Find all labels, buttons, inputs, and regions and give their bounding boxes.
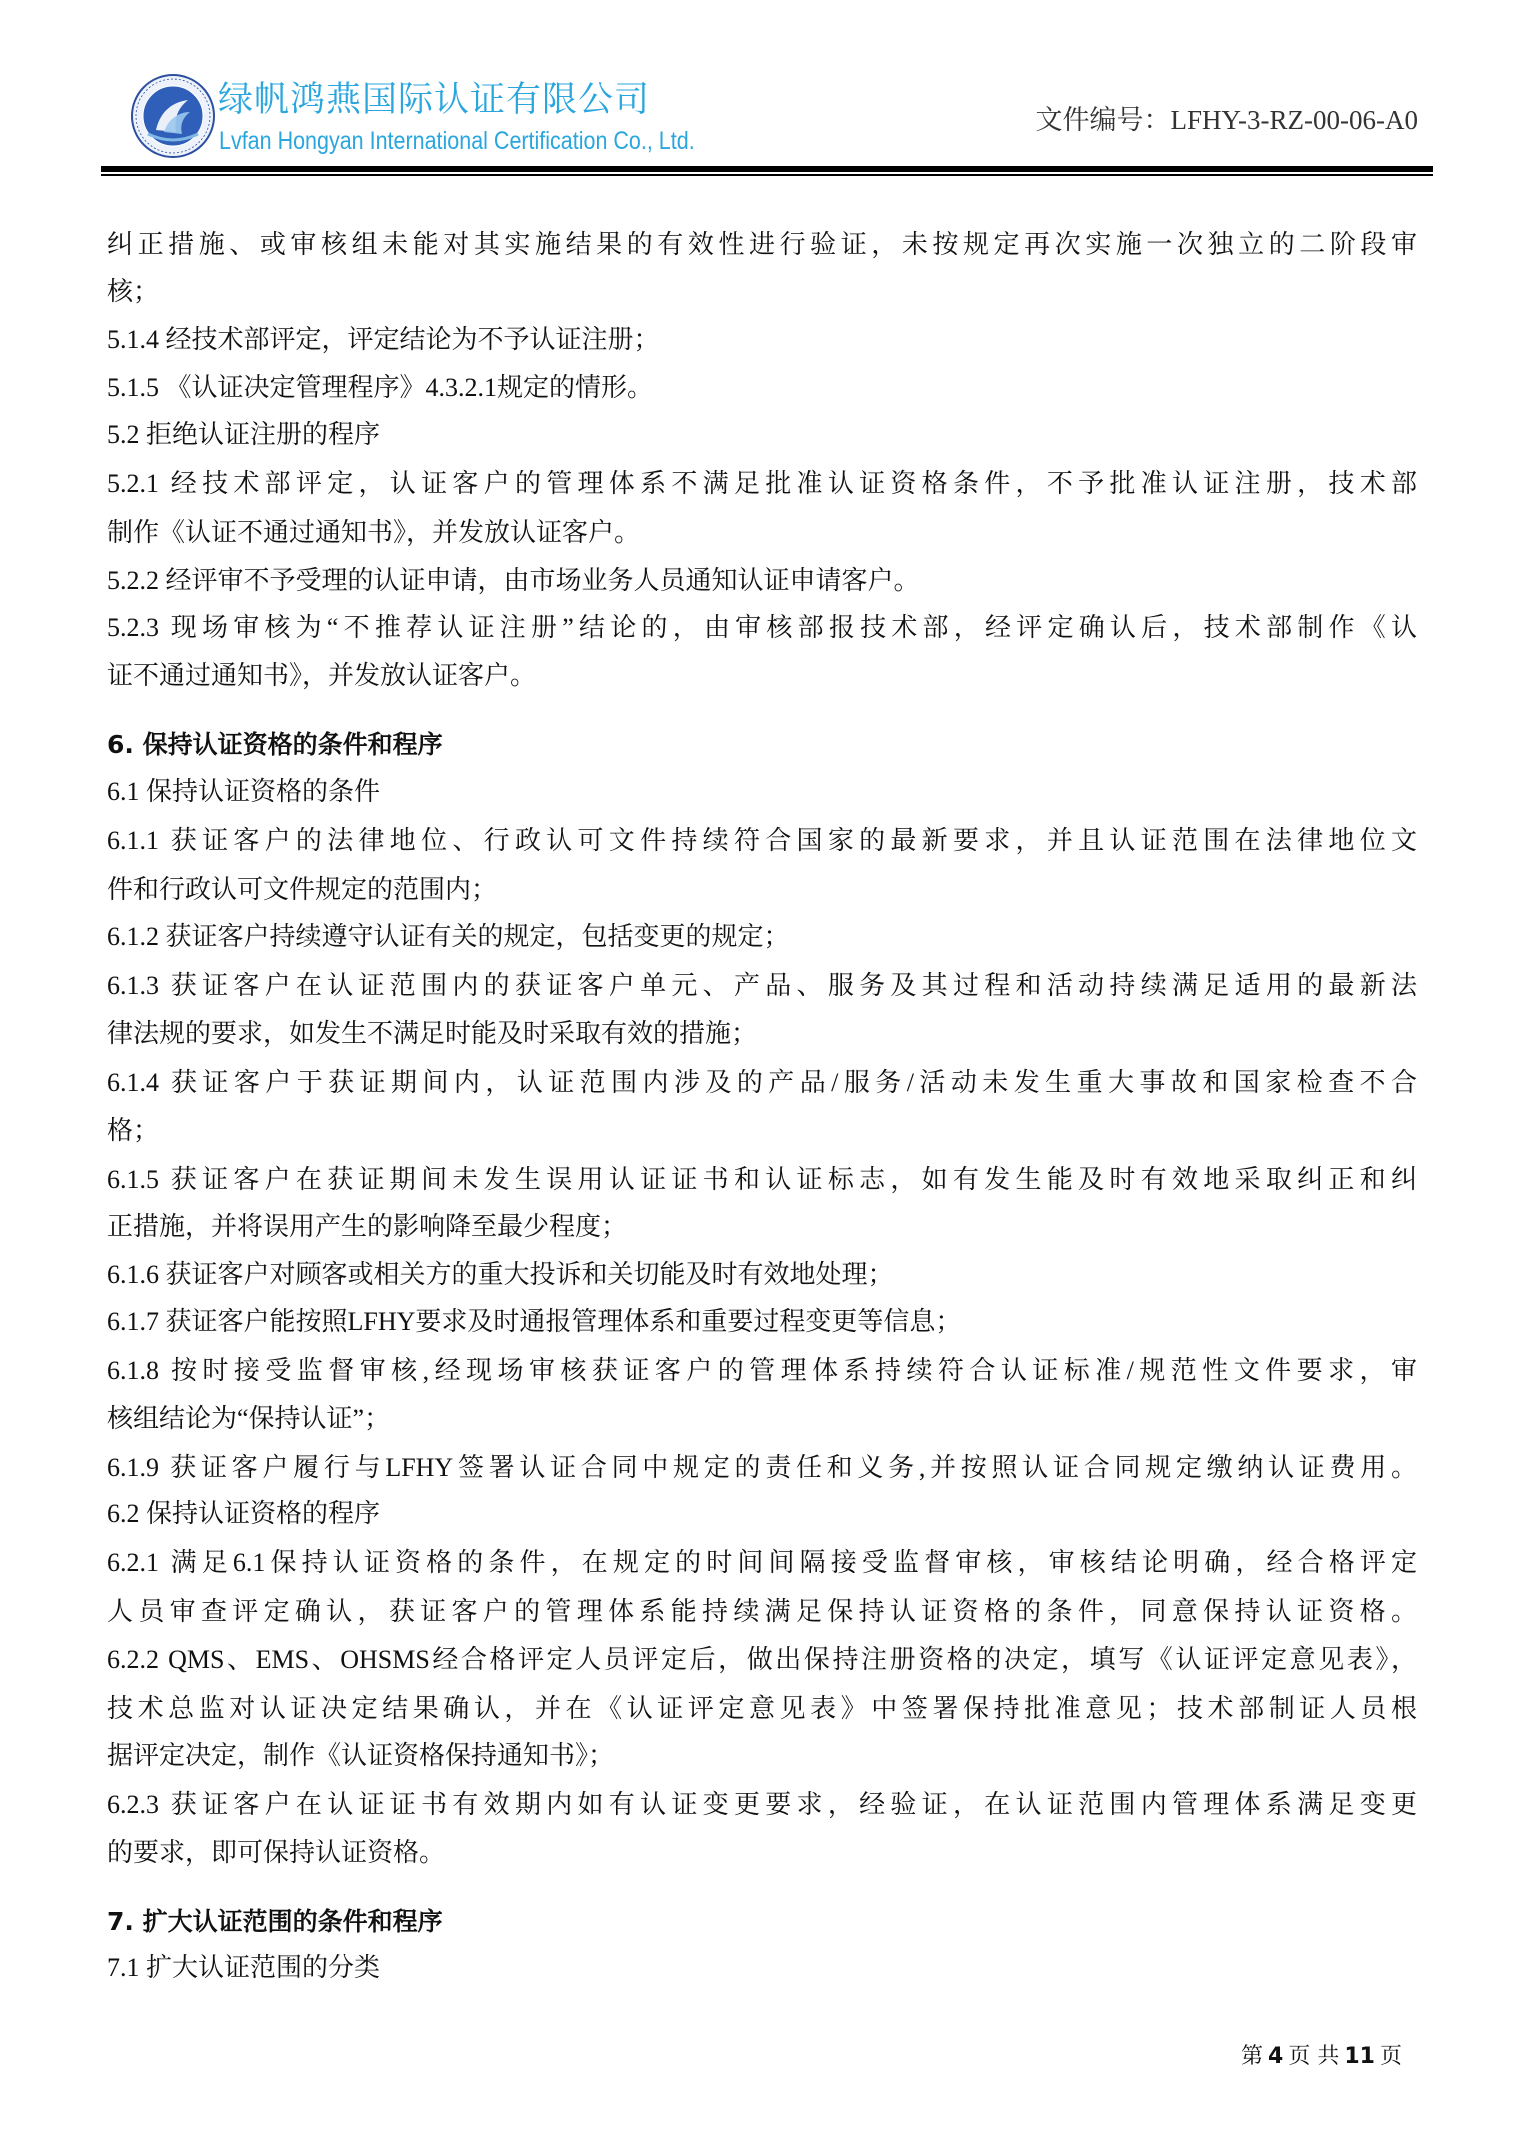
body-line: 格； [107, 1115, 1417, 1147]
section-heading-5-2: 5.2 拒绝认证注册的程序 [107, 419, 1417, 451]
section-heading-7-1: 7.1 扩大认证范围的分类 [107, 1952, 1417, 1984]
body-line: 5.1.4 经技术部评定，评定结论为不予认证注册； [107, 324, 1417, 356]
body-line: 5.2.3 现场审核为“不推荐认证注册”结论的，由审核部报技术部，经评定确认后，… [107, 612, 1417, 644]
body-line: 技术总监对认证决定结果确认，并在《认证评定意见表》中签署保持批准意见；技术部制证… [107, 1693, 1417, 1725]
body-line: 核组结论为“保持认证”； [107, 1403, 1417, 1435]
body-line: 5.2.2 经评审不予受理的认证申请，由市场业务人员通知认证申请客户。 [107, 565, 1417, 597]
body-line: 正措施，并将误用产生的影响降至最少程度； [107, 1211, 1417, 1243]
body-line: 5.2.1 经技术部评定，认证客户的管理体系不满足批准认证资格条件，不予批准认证… [107, 468, 1417, 500]
page-current: 4 [1268, 2044, 1283, 2069]
body-line: 6.1.6 获证客户对顾客或相关方的重大投诉和关切能及时有效地处理； [107, 1259, 1417, 1291]
body-line: 5.1.5 《认证决定管理程序》4.3.2.1规定的情形。 [107, 372, 1417, 404]
body-line: 6.1.7 获证客户能按照LFHY要求及时通报管理体系和重要过程变更等信息； [107, 1306, 1417, 1338]
body-line: 纠正措施、或审核组未能对其实施结果的有效性进行验证，未按规定再次实施一次独立的二… [107, 229, 1417, 261]
body-line: 6.2.1 满足6.1保持认证资格的条件，在规定的时间间隔接受监督审核，审核结论… [107, 1547, 1417, 1579]
section-heading-7: 7. 扩大认证范围的条件和程序 [107, 1906, 1417, 1938]
section-heading-6: 6. 保持认证资格的条件和程序 [107, 729, 1417, 761]
page-mid: 页 共 [1288, 2044, 1339, 2069]
body-line: 的要求，即可保持认证资格。 [107, 1837, 1417, 1869]
section-heading-6-2: 6.2 保持认证资格的程序 [107, 1498, 1417, 1530]
body-line: 6.2.2 QMS、EMS、OHSMS经合格评定人员评定后，做出保持注册资格的决… [107, 1644, 1417, 1676]
body-line: 6.1.4 获证客户于获证期间内，认证范围内涉及的产品/服务/活动未发生重大事故… [107, 1067, 1417, 1099]
page-total: 11 [1344, 2044, 1375, 2069]
body-line: 人员审查评定确认，获证客户的管理体系能持续满足保持认证资格的条件，同意保持认证资… [107, 1596, 1417, 1628]
document-number: 文件编号：LFHY-3-RZ-00-06-A0 [1036, 102, 1418, 138]
body-line: 6.1.1 获证客户的法律地位、行政认可文件持续符合国家的最新要求，并且认证范围… [107, 825, 1417, 857]
body-line: 证不通过通知书》，并发放认证客户。 [107, 660, 1417, 692]
body-line: 6.1.8 按时接受监督审核,经现场审核获证客户的管理体系持续符合认证标准/规范… [107, 1355, 1417, 1387]
body-line: 件和行政认可文件规定的范围内； [107, 874, 1417, 906]
page-indicator: 第4页 共11页 [1236, 2042, 1407, 2072]
company-name-en: Lvfan Hongyan International Certificatio… [219, 126, 695, 156]
company-name-cn: 绿帆鸿燕国际认证有限公司 [218, 78, 650, 122]
body-line: 6.1.9 获证客户履行与LFHY签署认证合同中规定的责任和义务,并按照认证合同… [107, 1452, 1417, 1484]
body-line: 6.1.5 获证客户在获证期间未发生误用认证证书和认证标志，如有发生能及时有效地… [107, 1164, 1417, 1196]
body-line: 核； [107, 276, 1417, 308]
page-suffix: 页 [1380, 2044, 1402, 2069]
body-line: 据评定决定，制作《认证资格保持通知书》； [107, 1740, 1417, 1772]
body-line: 律法规的要求，如发生不满足时能及时采取有效的措施； [107, 1018, 1417, 1050]
body-line: 制作《认证不通过通知书》，并发放认证客户。 [107, 517, 1417, 549]
header-rule-thick [101, 166, 1433, 172]
company-seal-logo-icon [130, 72, 216, 160]
body-line: 6.2.3 获证客户在认证证书有效期内如有认证变更要求，经验证，在认证范围内管理… [107, 1789, 1417, 1821]
page-prefix: 第 [1241, 2044, 1263, 2069]
body-line: 6.1.3 获证客户在认证范围内的获证客户单元、产品、服务及其过程和活动持续满足… [107, 970, 1417, 1002]
body-line: 6.1.2 获证客户持续遵守认证有关的规定，包括变更的规定； [107, 921, 1417, 953]
section-heading-6-1: 6.1 保持认证资格的条件 [107, 776, 1417, 808]
header-rule-thin [101, 174, 1433, 176]
